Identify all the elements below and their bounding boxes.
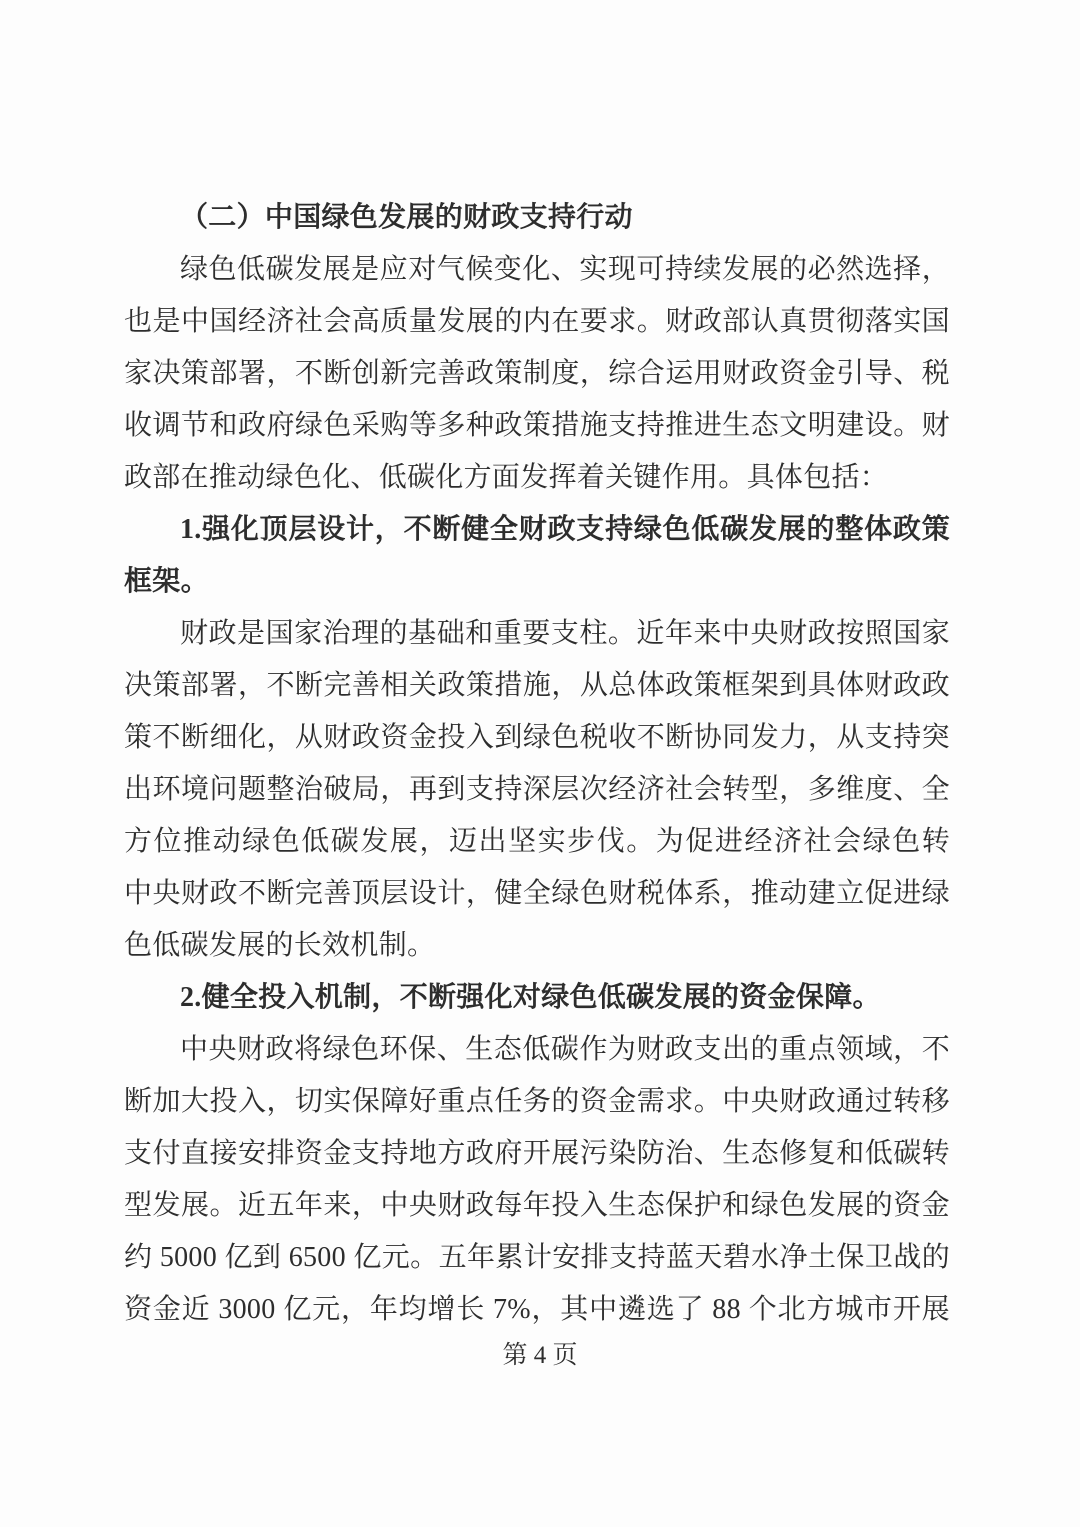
text-line: 约 5000 亿到 6500 亿元。五年累计安排支持蓝天碧水净土保卫战的 <box>124 1232 950 1284</box>
subheading-line: 框架。 <box>124 556 950 608</box>
text-line: 支付直接安排资金支持地方政府开展污染防治、生态修复和低碳转 <box>124 1128 950 1180</box>
section-heading: （二）中国绿色发展的财政支持行动 <box>124 192 950 244</box>
text-line: 财政是国家治理的基础和重要支柱。近年来中央财政按照国家 <box>124 608 950 660</box>
text-line: 政部在推动绿色化、低碳化方面发挥着关键作用。具体包括： <box>124 452 950 504</box>
text-line: 绿色低碳发展是应对气候变化、实现可持续发展的必然选择， <box>124 244 950 296</box>
subheading-line: 2.健全投入机制，不断强化对绿色低碳发展的资金保障。 <box>124 972 950 1024</box>
document-page: （二）中国绿色发展的财政支持行动 绿色低碳发展是应对气候变化、实现可持续发展的必… <box>0 0 1080 1527</box>
text-line: 出环境问题整治破局，再到支持深层次经济社会转型，多维度、全 <box>124 764 950 816</box>
text-line: 中央财政不断完善顶层设计，健全绿色财税体系，推动建立促进绿 <box>124 868 950 920</box>
text-line: 型发展。近五年来，中央财政每年投入生态保护和绿色发展的资金 <box>124 1180 950 1232</box>
text-line: 资金近 3000 亿元，年均增长 7%，其中遴选了 88 个北方城市开展清 <box>124 1284 950 1336</box>
subheading-line: 1.强化顶层设计，不断健全财政支持绿色低碳发展的整体政策 <box>124 504 950 556</box>
text-line: 中央财政将绿色环保、生态低碳作为财政支出的重点领域，不 <box>124 1024 950 1076</box>
text-line: 家决策部署，不断创新完善政策制度，综合运用财政资金引导、税 <box>124 348 950 400</box>
text-line: 方位推动绿色低碳发展，迈出坚实步伐。为促进经济社会绿色转型， <box>124 816 950 868</box>
text-line: 收调节和政府绿色采购等多种政策措施支持推进生态文明建设。财 <box>124 400 950 452</box>
page-number: 第 4 页 <box>0 1340 1080 1372</box>
text-line: 策不断细化，从财政资金投入到绿色税收不断协同发力，从支持突 <box>124 712 950 764</box>
text-line: 也是中国经济社会高质量发展的内在要求。财政部认真贯彻落实国 <box>124 296 950 348</box>
document-body: （二）中国绿色发展的财政支持行动 绿色低碳发展是应对气候变化、实现可持续发展的必… <box>124 192 950 1336</box>
text-line: 决策部署，不断完善相关政策措施，从总体政策框架到具体财政政 <box>124 660 950 712</box>
text-line: 断加大投入，切实保障好重点任务的资金需求。中央财政通过转移 <box>124 1076 950 1128</box>
text-line: 色低碳发展的长效机制。 <box>124 920 950 972</box>
